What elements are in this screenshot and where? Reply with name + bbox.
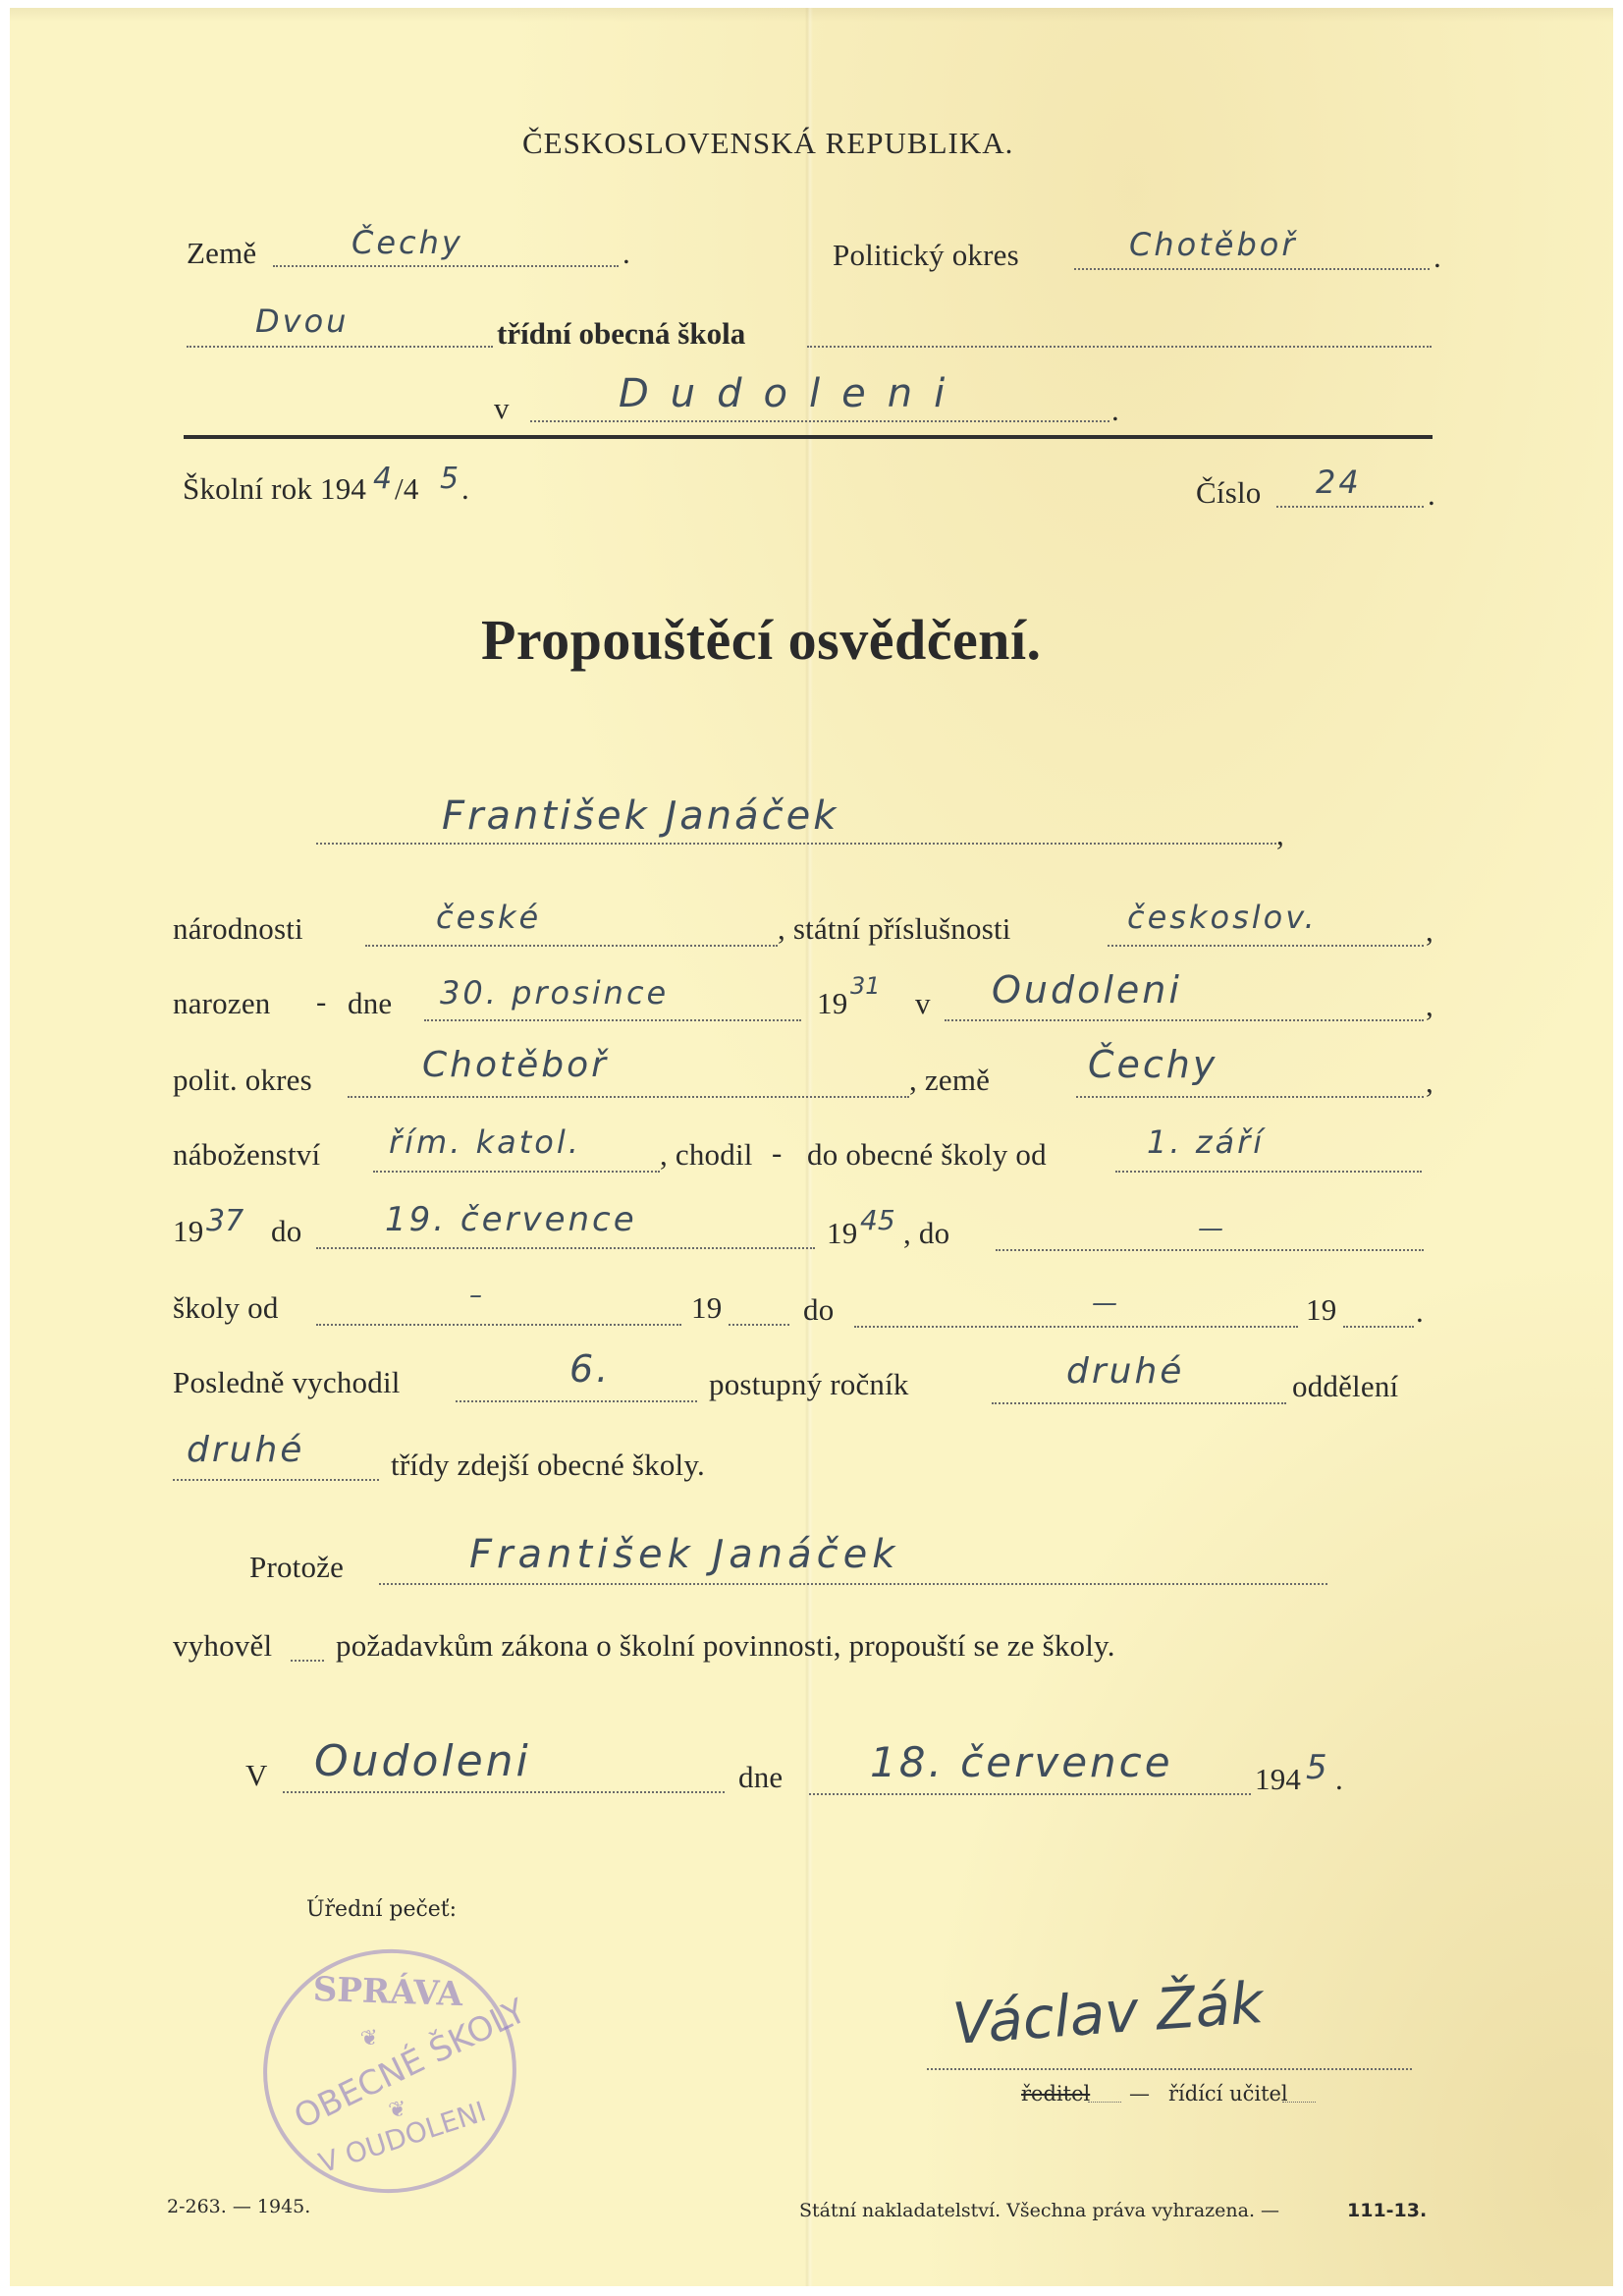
obecna-skola-od-label: do obecné školy od — [807, 1137, 1047, 1173]
nabozenstvi-label: náboženství — [173, 1137, 320, 1173]
skolni-rok-value-2[interactable]: 5 — [440, 462, 459, 496]
polit-okres-label: polit. okres — [173, 1063, 312, 1098]
dne-label: dne — [348, 986, 392, 1021]
skoly-do-label: do — [803, 1292, 834, 1328]
dots-small — [1282, 2102, 1316, 2103]
stamp-top-text: SPRÁVA — [312, 1970, 463, 2014]
header-divider — [184, 435, 1433, 439]
location-field-line — [530, 420, 1109, 422]
punct: , — [1426, 913, 1434, 949]
zeme2-label: , země — [909, 1063, 990, 1098]
obecna-skola-od-value[interactable]: 1. září — [1147, 1123, 1265, 1161]
issue-year-value[interactable]: 5 — [1306, 1748, 1327, 1787]
nabozenstvi-field-line — [373, 1171, 660, 1173]
end-date-field-line — [316, 1247, 815, 1249]
narodnosti-field-line — [365, 945, 778, 947]
vyhovel-field-line — [291, 1660, 324, 1662]
punct: . — [1428, 477, 1435, 513]
skoly-od-year-prefix: 19 — [691, 1290, 722, 1326]
do2-field-line — [996, 1249, 1424, 1251]
signature-title-struck: ředitel — [1021, 2082, 1090, 2105]
issue-date-field-line — [809, 1793, 1251, 1795]
school-type-field-line — [187, 346, 493, 348]
punct: . — [622, 236, 630, 271]
skoly-od-label: školy od — [173, 1290, 279, 1326]
narozen-suffix: - — [316, 984, 327, 1019]
posledne-field-line — [456, 1400, 697, 1402]
print-code: 2-263. — 1945. — [167, 2196, 310, 2217]
birth-place-value[interactable]: Oudoleni — [992, 968, 1182, 1011]
birth-place-prefix: v — [915, 986, 931, 1021]
issue-place-value[interactable]: Oudoleni — [314, 1736, 531, 1786]
obecna-skola-od-field-line — [1115, 1171, 1422, 1173]
publisher-note: Státní nakladatelství. Všechna práva vyh… — [799, 2200, 1279, 2221]
posledne-value[interactable]: 6. — [569, 1347, 611, 1391]
end-date-value[interactable]: 19. července — [385, 1200, 637, 1239]
school-name-field-line — [807, 346, 1432, 348]
polit-okres-value[interactable]: Chotěboř — [422, 1045, 609, 1085]
issue-date-label: dne — [738, 1760, 783, 1795]
school-type-label: třídní obecná škola — [497, 316, 745, 352]
skolni-rok-sep: /4 — [395, 471, 419, 507]
signature-title-separator: — — [1129, 2082, 1150, 2105]
rocnik-label: postupný ročník — [709, 1367, 909, 1402]
dots-small — [1088, 2102, 1121, 2103]
form-number: 111-13. — [1347, 2200, 1427, 2221]
punct: . — [1416, 1294, 1424, 1330]
skoly-od-field-line — [316, 1324, 681, 1326]
protoze-value[interactable]: František Janáček — [469, 1532, 899, 1577]
skolni-rok-label: Školní rok 194 — [183, 471, 366, 507]
start-year-value[interactable]: 37 — [206, 1204, 243, 1238]
statni-prislusnosti-label: , státní příslušnosti — [778, 911, 1011, 947]
zeme-field-line — [273, 265, 619, 267]
zeme-value[interactable]: Čechy — [352, 224, 463, 261]
birth-date-field-line — [424, 1019, 801, 1021]
school-type-value[interactable]: Dvou — [255, 302, 349, 340]
punct: , — [1276, 817, 1284, 852]
end-year-value[interactable]: 45 — [860, 1204, 895, 1236]
punct: . — [1335, 1762, 1343, 1797]
student-name-value[interactable]: František Janáček — [442, 793, 839, 839]
chodil-suffix: - — [772, 1135, 783, 1171]
signature-field-line — [927, 2068, 1412, 2070]
rocnik-field-line — [992, 1402, 1286, 1404]
skoly-od-year-field-line — [729, 1324, 789, 1326]
polit-okres-field-line — [348, 1096, 909, 1098]
page-title: Propouštěcí osvědčení. — [481, 607, 1042, 673]
cislo-value[interactable]: 24 — [1316, 464, 1362, 501]
punct: . — [1111, 393, 1119, 428]
politicky-okres-field-line — [1074, 268, 1430, 270]
punct: , — [1426, 1065, 1434, 1100]
skoly-do-field-line — [854, 1326, 1298, 1328]
birth-date-value[interactable]: 30. prosince — [440, 974, 669, 1011]
stamp-middle-text: OBECNÉ ŠKOLY — [288, 1992, 532, 2138]
tridy-value[interactable]: druhé — [187, 1430, 304, 1470]
protoze-label: Protože — [249, 1550, 344, 1585]
tridy-label: třídy zdejší obecné školy. — [391, 1448, 705, 1483]
cislo-label: Číslo — [1196, 475, 1261, 511]
start-year-prefix: 19 — [173, 1214, 203, 1249]
chodil-label: , chodil — [660, 1137, 753, 1173]
nabozenstvi-value[interactable]: řím. katol. — [389, 1123, 581, 1161]
issue-date-value[interactable]: 18. července — [870, 1738, 1173, 1786]
skoly-do-year-prefix: 19 — [1306, 1292, 1336, 1328]
issue-place-field-line — [283, 1791, 725, 1793]
issue-place-prefix: V — [245, 1758, 268, 1793]
birth-year-value[interactable]: 31 — [850, 972, 881, 1000]
skoly-do-year-field-line — [1343, 1326, 1414, 1328]
seal-label: Úřední pečeť: — [306, 1897, 457, 1922]
location-prefix: v — [494, 391, 510, 426]
do-label: do — [271, 1214, 301, 1249]
location-value[interactable]: Dudoleni — [619, 371, 966, 416]
zeme2-value[interactable]: Čechy — [1088, 1043, 1217, 1086]
zeme2-field-line — [1076, 1096, 1424, 1098]
skoly-do-value[interactable]: — — [1092, 1288, 1120, 1318]
statni-prislusnosti-field-line — [1108, 945, 1424, 947]
country-header: ČESKOSLOVENSKÁ REPUBLIKA. — [522, 126, 1013, 161]
statni-prislusnosti-value[interactable]: českoslov. — [1127, 899, 1318, 936]
politicky-okres-label: Politický okres — [833, 238, 1019, 273]
protoze-field-line — [379, 1583, 1327, 1585]
punct: . — [1434, 240, 1441, 275]
birth-year-prefix: 19 — [817, 986, 847, 1021]
rocnik-value[interactable]: druhé — [1066, 1351, 1184, 1392]
narodnosti-label: národnosti — [173, 911, 303, 947]
vyhovel-label: vyhověl — [173, 1628, 272, 1664]
zeme-label: Země — [187, 236, 256, 271]
birth-place-field-line — [945, 1019, 1424, 1021]
tridy-field-line — [173, 1479, 379, 1481]
do2-value[interactable]: — — [1198, 1214, 1226, 1243]
narodnosti-value[interactable]: české — [436, 899, 541, 936]
politicky-okres-value[interactable]: Chotěboř — [1129, 226, 1297, 263]
narozen-label: narozen — [173, 986, 271, 1021]
punct: . — [461, 471, 469, 507]
cislo-field-line — [1276, 506, 1424, 508]
punct: , — [1426, 988, 1434, 1023]
skolni-rok-value-1[interactable]: 4 — [373, 462, 392, 496]
vyhovel-text: požadavkům zákona o školní povinnosti, p… — [336, 1628, 1115, 1664]
issue-year-prefix: 194 — [1255, 1762, 1301, 1797]
signature-title: řídící učitel — [1168, 2082, 1288, 2105]
oddeleni-label: oddělení — [1292, 1369, 1398, 1404]
end-year-prefix: 19 — [827, 1216, 857, 1251]
stamp-ornament-icon: ❦ — [359, 2025, 381, 2051]
posledne-label: Posledně vychodil — [173, 1365, 401, 1400]
student-name-field-line — [316, 843, 1276, 845]
do2-label: , do — [903, 1216, 949, 1251]
skoly-od-value[interactable]: – — [469, 1281, 485, 1310]
stamp-ornament-icon: ❦ — [387, 2097, 408, 2123]
